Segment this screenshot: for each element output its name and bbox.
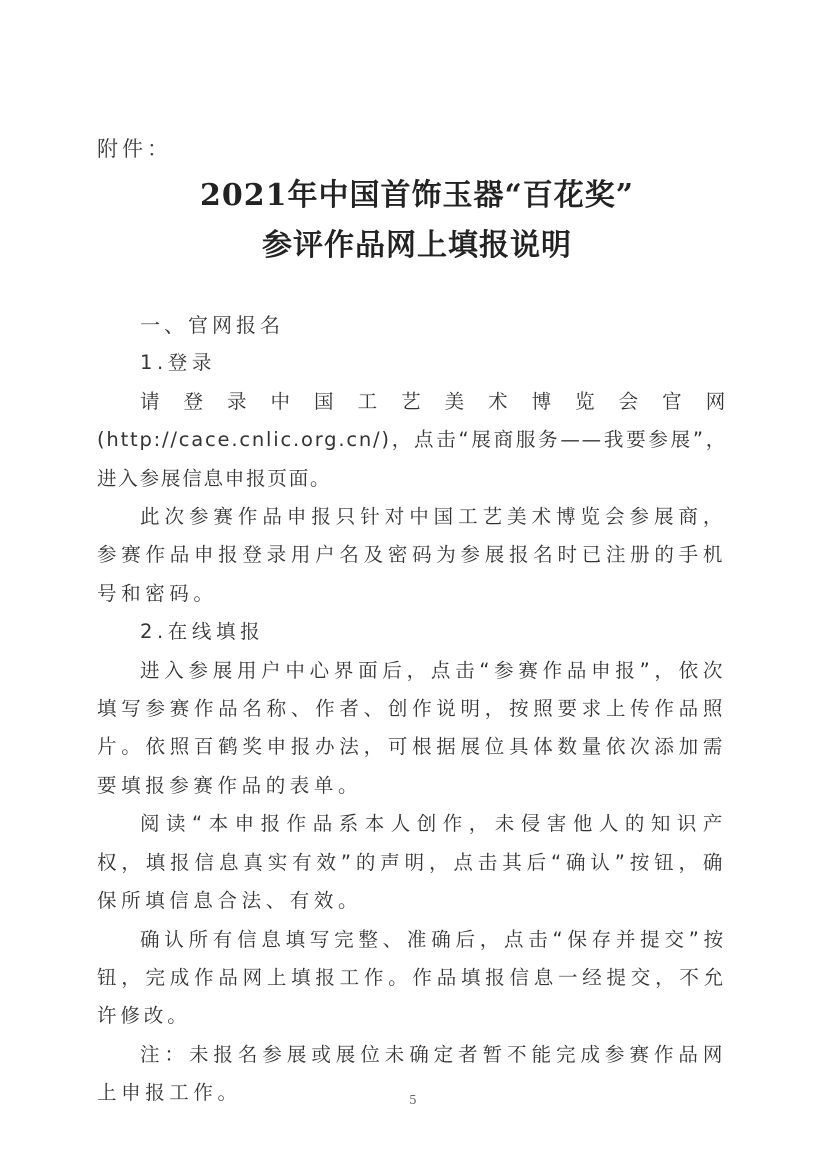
subsection-heading-login: 1.登录 [97,344,727,382]
subsection-heading-online-filing: 2.在线填报 [97,613,727,651]
paragraph-filing-steps: 进入参展用户中心界面后，点击“参赛作品申报”，依次填写参赛作品名称、作者、创作说… [97,652,727,806]
document-body: 一、官网报名 1.登录 请登录中国工艺美术博览会官网(http://cace.c… [97,306,727,1113]
page-number: 5 [0,1093,826,1107]
paragraph-login-instructions: 请登录中国工艺美术博览会官网(http://cace.cnlic.org.cn/… [97,383,727,498]
paragraph-submit: 确认所有信息填写完整、准确后，点击“保存并提交”按钮，完成作品网上填报工作。作品… [97,921,727,1036]
document-title-line2: 参评作品网上填报说明 [0,220,826,264]
attachment-label: 附件： [97,133,172,163]
paragraph-eligibility: 此次参赛作品申报只针对中国工艺美术博览会参展商，参赛作品申报登录用户名及密码为参… [97,498,727,613]
paragraph-declaration: 阅读“本申报作品系本人创作，未侵害他人的知识产权，填报信息真实有效”的声明，点击… [97,805,727,920]
section-heading: 一、官网报名 [97,306,727,344]
document-title-line1: 2021年中国首饰玉器“百花奖” [0,170,826,214]
document-page: 附件： 2021年中国首饰玉器“百花奖” 参评作品网上填报说明 一、官网报名 1… [0,0,826,1168]
